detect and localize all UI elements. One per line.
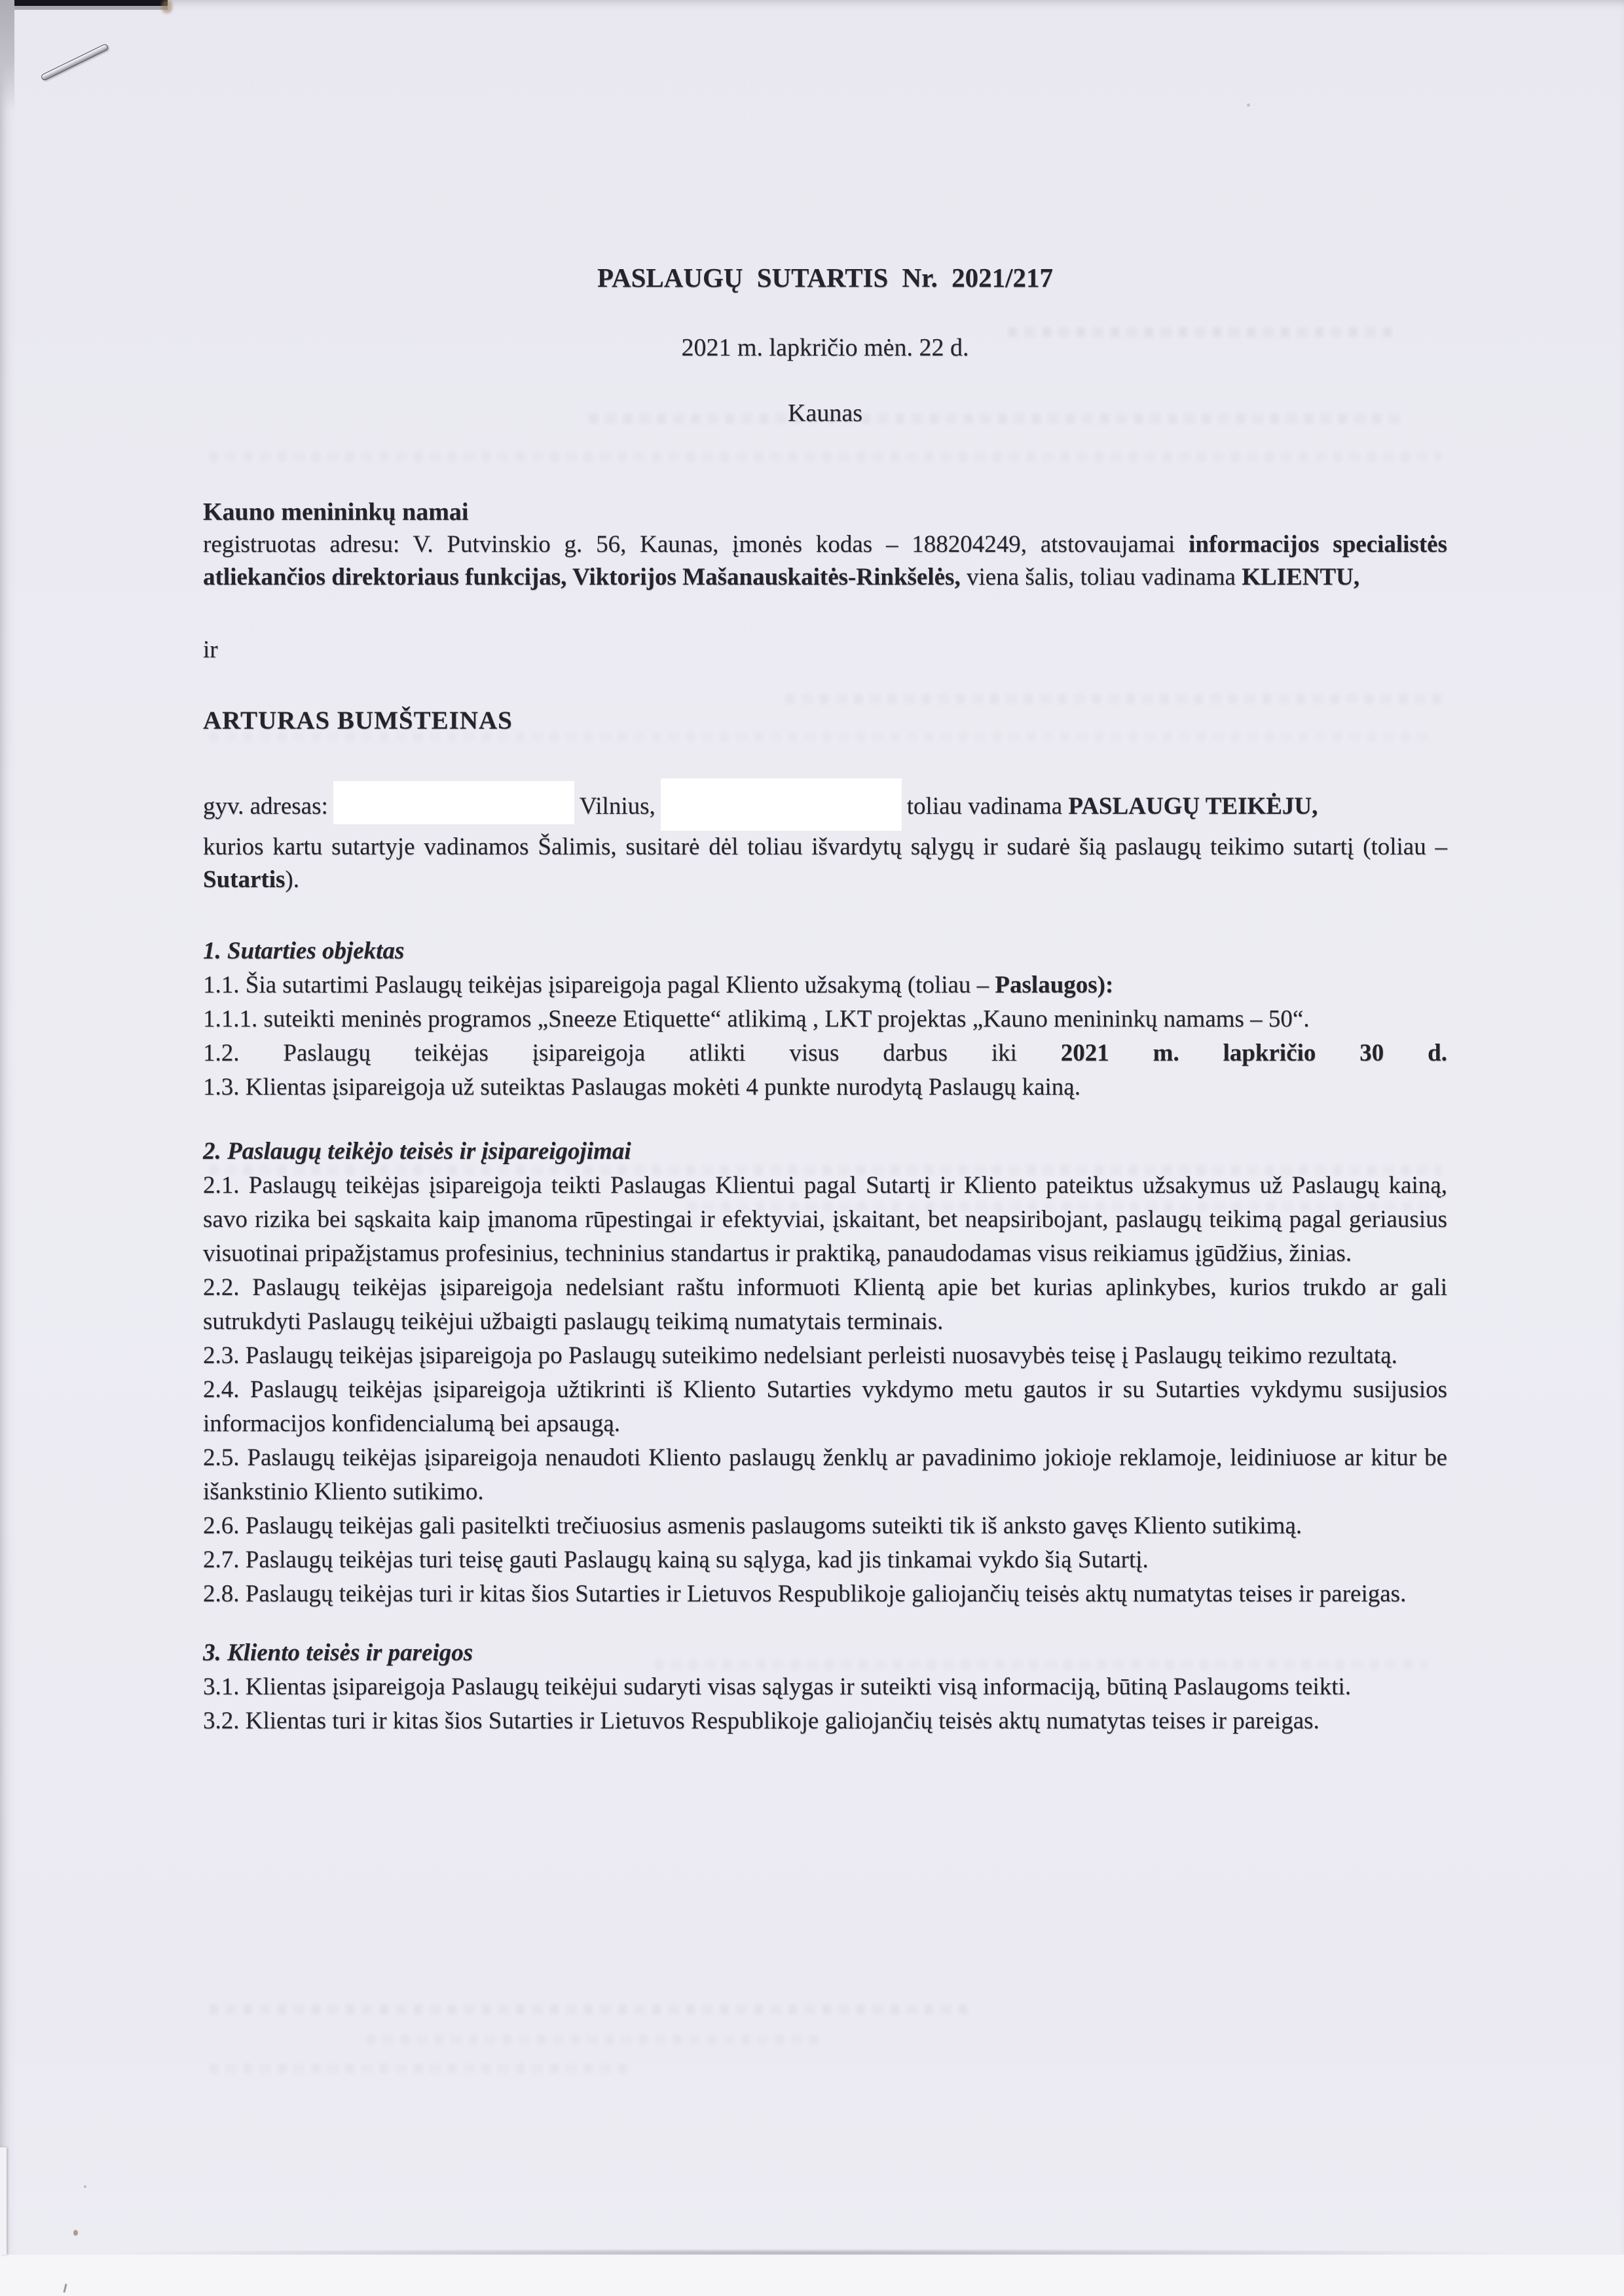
- scanner-edge-top: [0, 0, 168, 6]
- conjunction-block: ir: [203, 633, 1447, 667]
- section-3-heading: 3. Kliento teisės ir pareigos: [203, 1636, 1447, 1670]
- client-alias: KLIENTU,: [1242, 564, 1359, 591]
- scanner-edge-left: [0, 0, 14, 111]
- contract-date-block: 2021 m. lapkričio mėn. 22 d.: [203, 331, 1447, 365]
- provider-alias-pre: toliau vadinama: [907, 793, 1069, 820]
- provider-address: gyv. adresas:Vilnius,toliau vadinama PAS…: [203, 778, 1447, 831]
- bleed-through-text: [210, 2005, 969, 2014]
- provider-details-cont: kurios kartu sutartyje vadinamos Šalimis…: [203, 833, 1447, 860]
- provider-details-continued-block: kurios kartu sutartyje vadinamos Šalimis…: [203, 831, 1447, 896]
- provider-city: Vilnius,: [580, 793, 655, 820]
- clause-2-1: 2.1. Paslaugų teikėjas įsipareigoja teik…: [203, 1169, 1447, 1271]
- staple-wire: [40, 43, 109, 81]
- bleed-through-text: [210, 2064, 629, 2073]
- section-1: 1. Sutarties objektas 1.1. Šia sutartimi…: [203, 934, 1447, 1104]
- provider-name-block: ARTURAS BUMŠTEINAS: [203, 704, 1447, 738]
- scanner-background-bottom: [0, 2255, 1624, 2296]
- clause-2-6: 2.6. Paslaugų teikėjas gali pasitelkti t…: [203, 1509, 1447, 1543]
- provider-address-label: gyv. adresas:: [203, 793, 328, 820]
- contract-body: PASLAUGŲ SUTARTIS Nr. 2021/217 2021 m. l…: [203, 0, 1447, 1738]
- contract-city: Kaunas: [203, 396, 1447, 430]
- clause-3-1: 3.1. Klientas įsipareigoja Paslaugų teik…: [203, 1670, 1447, 1704]
- section-2-heading: 2. Paslaugų teikėjo teisės ir įsipareigo…: [203, 1135, 1447, 1169]
- clause-2-8: 2.8. Paslaugų teikėjas turi ir kitas šio…: [203, 1577, 1447, 1611]
- redaction-box: [333, 781, 574, 824]
- provider-address-line: gyv. adresas:Vilnius,toliau vadinama PAS…: [203, 778, 1447, 831]
- paper-edge-left-bottom: [0, 2147, 7, 2255]
- scanner-edge-top-shadow: [0, 6, 168, 10]
- staple-mark: [38, 43, 111, 80]
- provider-alias: PASLAUGŲ TEIKĖJU,: [1068, 793, 1318, 820]
- conjunction: ir: [203, 633, 1447, 667]
- paper-speck: [1247, 103, 1250, 107]
- contract-city-block: Kaunas: [203, 396, 1447, 430]
- paper-speck: [73, 2230, 78, 2236]
- clause-1-1-bold: Paslaugos):: [995, 972, 1113, 998]
- scanned-contract-page: PASLAUGŲ SUTARTIS Nr. 2021/217 2021 m. l…: [0, 0, 1624, 2296]
- smudge-mark: [162, 0, 172, 13]
- clause-2-2: 2.2. Paslaugų teikėjas įsipareigoja nede…: [203, 1271, 1447, 1339]
- client-details: registruotas adresu: V. Putvinskio g. 56…: [203, 528, 1447, 594]
- contract-date: 2021 m. lapkričio mėn. 22 d.: [203, 331, 1447, 365]
- provider-name: ARTURAS BUMŠTEINAS: [203, 704, 1447, 738]
- client-name-block: Kauno menininkų namai: [203, 496, 1447, 528]
- clause-2-7: 2.7. Paslaugų teikėjas turi teisę gauti …: [203, 1543, 1447, 1577]
- clause-2-5: 2.5. Paslaugų teikėjas įsipareigoja nena…: [203, 1441, 1447, 1509]
- clause-1-1-pre: 1.1. Šia sutartimi Paslaugų teikėjas įsi…: [203, 972, 995, 998]
- clause-3-2: 3.2. Klientas turi ir kitas šios Sutarti…: [203, 1704, 1447, 1738]
- client-details-mid: viena šalis, toliau vadinama: [961, 564, 1242, 591]
- bleed-through-text: [367, 2035, 825, 2045]
- client-name: Kauno menininkų namai: [203, 496, 1447, 528]
- clause-1-1-1: 1.1.1. suteikti meninės programos „Sneez…: [203, 1002, 1447, 1036]
- paper-speck: [84, 2185, 86, 2188]
- client-details-block: registruotas adresu: V. Putvinskio g. 56…: [203, 528, 1447, 594]
- agreement-alias: Sutartis: [203, 866, 285, 893]
- redaction-box: [661, 778, 902, 831]
- clause-2-4: 2.4. Paslaugų teikėjas įsipareigoja užti…: [203, 1373, 1447, 1441]
- clause-1-2-pre: 1.2. Paslaugų teikėjas įsipareigoja atli…: [203, 1040, 1061, 1066]
- provider-details-continued: kurios kartu sutartyje vadinamos Šalimis…: [203, 831, 1447, 896]
- clause-2-3: 2.3. Paslaugų teikėjas įsipareigoja po P…: [203, 1339, 1447, 1373]
- clause-1-3: 1.3. Klientas įsipareigoja už suteiktas …: [203, 1070, 1447, 1104]
- section-1-heading: 1. Sutarties objektas: [203, 934, 1447, 968]
- clause-1-1: 1.1. Šia sutartimi Paslaugų teikėjas įsi…: [203, 968, 1447, 1002]
- client-details-pre: registruotas adresu: V. Putvinskio g. 56…: [203, 531, 1189, 558]
- section-3: 3. Kliento teisės ir pareigos 3.1. Klien…: [203, 1636, 1447, 1738]
- clause-1-2-bold: 2021 m. lapkričio 30 d.: [1061, 1040, 1447, 1066]
- contract-title: PASLAUGŲ SUTARTIS Nr. 2021/217: [203, 261, 1447, 295]
- agreement-alias-close: ).: [285, 866, 299, 893]
- clause-1-2: 1.2. Paslaugų teikėjas įsipareigoja atli…: [203, 1036, 1447, 1070]
- section-2: 2. Paslaugų teikėjo teisės ir įsipareigo…: [203, 1135, 1447, 1611]
- contract-title-block: PASLAUGŲ SUTARTIS Nr. 2021/217: [203, 0, 1447, 295]
